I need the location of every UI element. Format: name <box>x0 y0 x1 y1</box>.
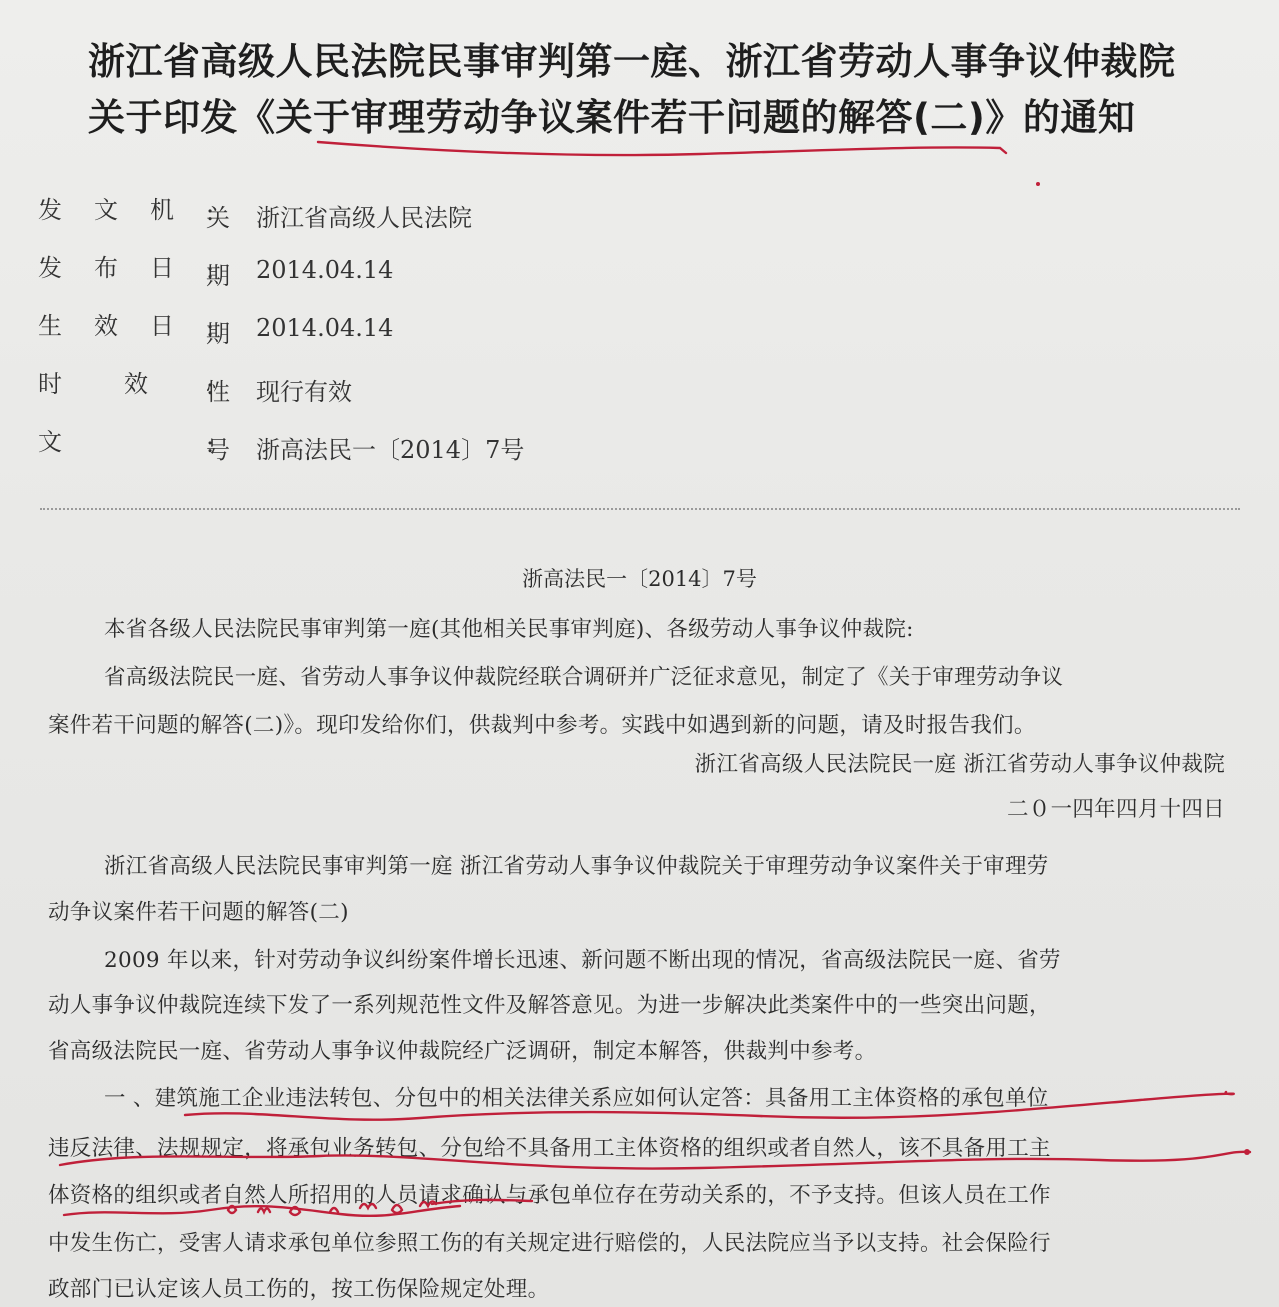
intro-line-2: 案件若干问题的解答(二)》。现印发给你们，供裁判中参考。实践中如遇到新的问题，请… <box>48 708 1036 739</box>
meta-value-issuer: 浙江省高级人民法院 <box>256 198 472 233</box>
meta-value-publish-date: 2014.04.14 <box>256 256 393 284</box>
meta-value-doc-number: 浙高法民一〔2014〕7号 <box>256 430 524 465</box>
title-line-2: 关于印发《关于审理劳动争议案件若干问题的解答(二)》的通知 <box>88 92 1228 144</box>
heading-line-2: 动争议案件若干问题的解答(二) <box>48 895 349 926</box>
meta-label: 发 文 机 关: <box>38 190 248 220</box>
label-char: 文 <box>94 190 118 225</box>
title-line-1: 浙江省高级人民法院民事审判第一庭、浙江省劳动人事争议仲裁院 <box>88 36 1228 88</box>
question-1-line-1: 一 、建筑施工企业违法转包、分包中的相关法律关系应如何认定答：具备用工主体资格的… <box>104 1081 1049 1112</box>
label-char: 机 <box>150 190 174 225</box>
preface-line-2: 动人事争议仲裁院连续下发了一系列规范性文件及解答意见。为进一步解决此类案件中的一… <box>48 988 1051 1019</box>
title-highlighted-text: 关于审理劳动争议案件若干问题的解答(二) <box>276 96 986 139</box>
meta-label: 文 号: <box>38 422 248 452</box>
meta-label: 发 布 日 期: <box>38 248 248 278</box>
sign-date: 二０一四年四月十四日 <box>1007 792 1225 823</box>
title-prefix: 关于印发《 <box>88 96 276 139</box>
document-number: 浙高法民一〔2014〕7号 <box>0 563 1279 593</box>
question-1-line-5: 政部门已认定该人员工伤的，按工伤保险规定处理。 <box>48 1272 549 1303</box>
label-char: 日 <box>150 248 174 283</box>
document-title: 浙江省高级人民法院民事审判第一庭、浙江省劳动人事争议仲裁院 关于印发《关于审理劳… <box>88 36 1228 144</box>
question-1-line-3: 体资格的组织或者自然人所招用的人员请求确认与承包单位存在劳动关系的，不予支持。但… <box>48 1178 1051 1209</box>
label-char: 发 <box>38 190 62 225</box>
heading-line-1: 浙江省高级人民法院民事审判第一庭 浙江省劳动人事争议仲裁院关于审理劳动争议案件关… <box>104 849 1049 880</box>
meta-label: 时 效 性: <box>38 364 248 394</box>
label-char: 效 <box>94 306 118 341</box>
preface-line-1: 2009 年以来，针对劳动争议纠纷案件增长迅速、新问题不断出现的情况，省高级法院… <box>104 943 1061 974</box>
question-1-line-4: 中发生伤亡，受害人请求承包单位参照工伤的有关规定进行赔偿的，人民法院应当予以支持… <box>48 1226 1051 1257</box>
label-char: 时 <box>38 364 62 399</box>
signatories: 浙江省高级人民法院民一庭 浙江省劳动人事争议仲裁院 <box>695 747 1225 778</box>
addressee: 本省各级人民法院民事审判第一庭(其他相关民事审判庭)、各级劳动人事争议仲裁院: <box>104 612 914 643</box>
meta-value-validity: 现行有效 <box>256 372 352 407</box>
meta-label: 生 效 日 期: <box>38 306 248 336</box>
meta-value-effective-date: 2014.04.14 <box>256 314 393 342</box>
dotted-separator <box>40 508 1240 510</box>
label-char: 生 <box>38 306 62 341</box>
preface-line-3: 省高级法院民一庭、省劳动人事争议仲裁院经广泛调研，制定本解答，供裁判中参考。 <box>48 1034 876 1065</box>
label-char: 布 <box>94 248 118 283</box>
title-suffix: 》的通知 <box>985 96 1135 139</box>
label-char: 文 <box>38 422 62 457</box>
question-1-line-2: 违反法律、法规规定，将承包业务转包、分包给不具备用工主体资格的组织或者自然人，该… <box>48 1131 1051 1162</box>
label-char: 发 <box>38 248 62 283</box>
intro-line-1: 省高级法院民一庭、省劳动人事争议仲裁院经联合调研并广泛征求意见，制定了《关于审理… <box>104 660 1063 691</box>
label-char: 日 <box>150 306 174 341</box>
label-char: 效 <box>124 364 148 399</box>
